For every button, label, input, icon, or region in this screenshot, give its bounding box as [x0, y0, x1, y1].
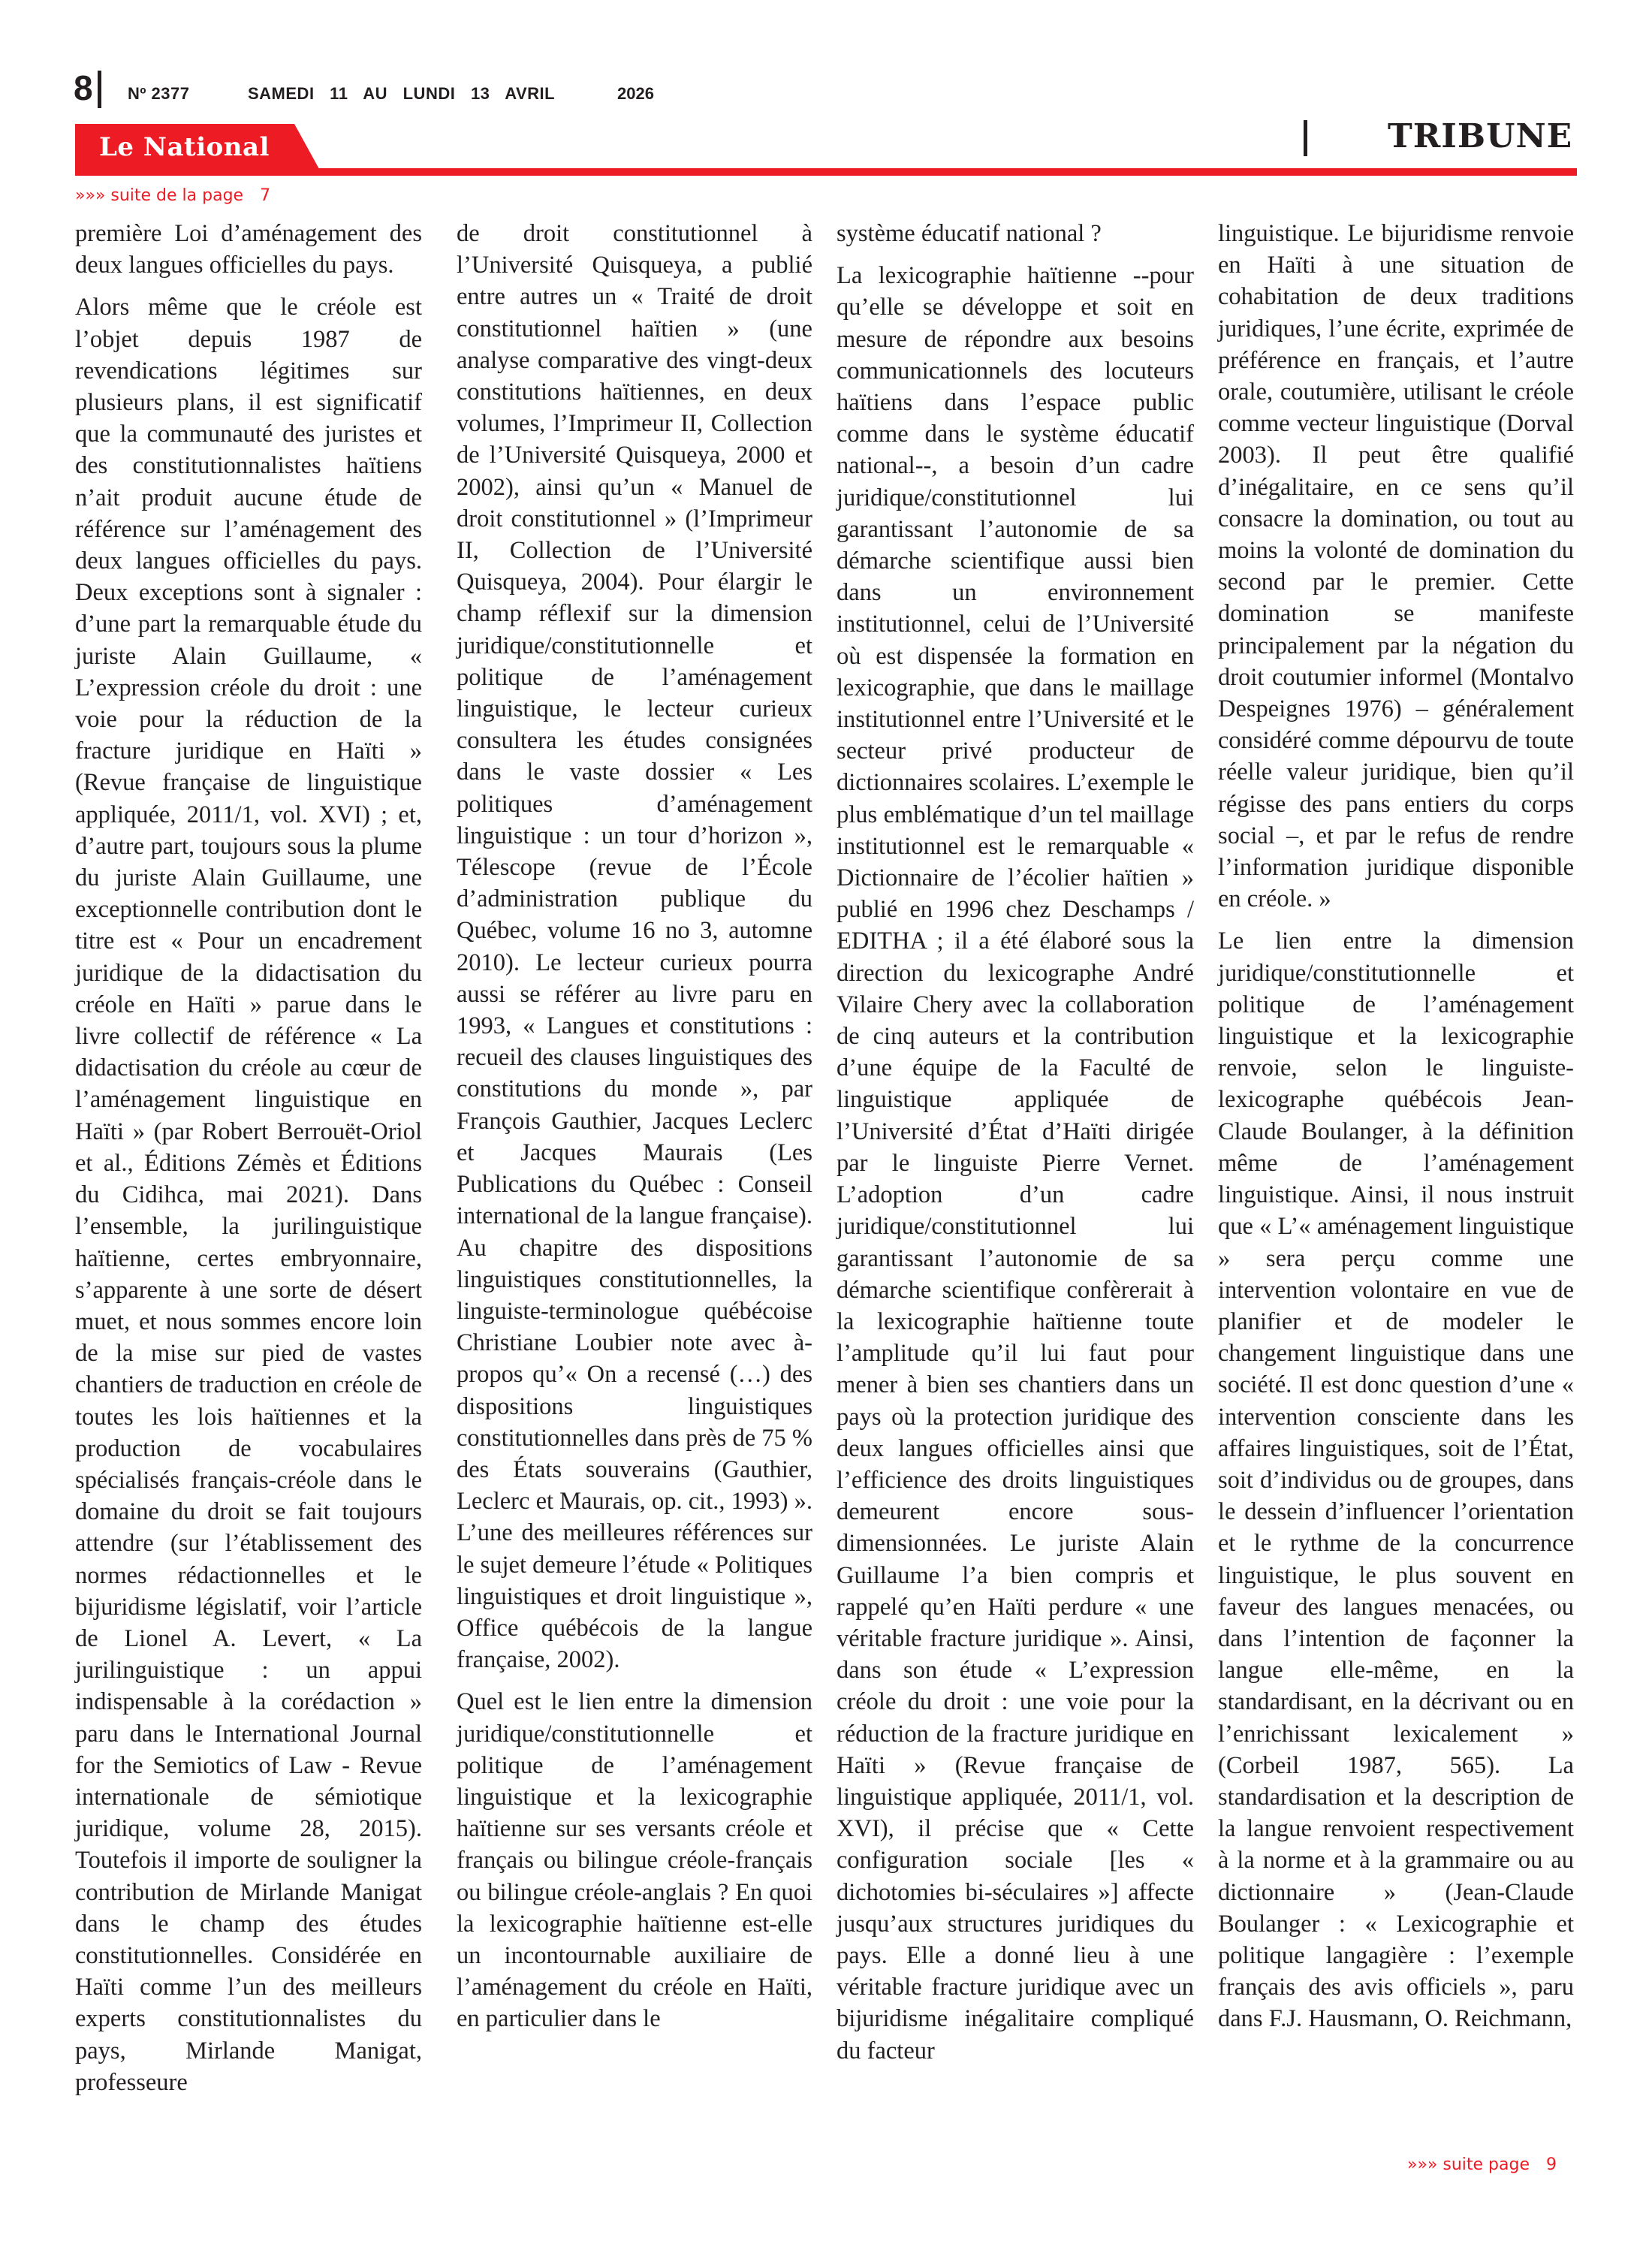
paragraph: Quel est le lien entre la dimension juri… — [457, 1686, 812, 2034]
continued-to-page: 9 — [1546, 2155, 1557, 2174]
issue-date: SAMEDI 11 AU LUNDI 13 AVRIL — [248, 84, 555, 104]
article-column-4: linguistique. Le bijuridisme renvoie en … — [1218, 218, 1574, 2046]
page-number: 8 — [74, 69, 93, 107]
continued-from-page: 7 — [260, 186, 270, 205]
paragraph: première Loi d’aménagement des deux lang… — [75, 218, 422, 281]
header-divider — [98, 71, 101, 108]
continued-to-link[interactable]: »»» suite page9 — [1407, 2155, 1557, 2174]
issue-year: 2026 — [617, 84, 654, 104]
paragraph: de droit constitutionnel à l’Université … — [457, 218, 812, 1675]
section-title: TRIBUNE — [1388, 117, 1572, 155]
paragraph: Alors même que le créole est l’objet dep… — [75, 291, 422, 2098]
article-column-1: première Loi d’aménagement des deux lang… — [75, 218, 422, 2109]
article-column-3: système éducatif national ? La lexicogra… — [837, 218, 1194, 2077]
paragraph: système éducatif national ? — [837, 218, 1194, 249]
paragraph: linguistique. Le bijuridisme renvoie en … — [1218, 218, 1574, 915]
continued-from-link[interactable]: »»» suite de la page7 — [75, 186, 270, 205]
section-divider — [1304, 120, 1307, 156]
continued-from-label: »»» suite de la page — [75, 186, 243, 205]
paragraph: Le lien entre la dimension juridique/con… — [1218, 925, 1574, 2034]
paragraph: La lexicographie haïtienne --pour qu’ell… — [837, 260, 1194, 2067]
article-column-2: de droit constitutionnel à l’Université … — [457, 218, 812, 2046]
issue-number: Nº 2377 — [128, 84, 189, 104]
continued-to-label: »»» suite page — [1407, 2155, 1530, 2174]
masthead-logo: Le National — [99, 132, 270, 162]
